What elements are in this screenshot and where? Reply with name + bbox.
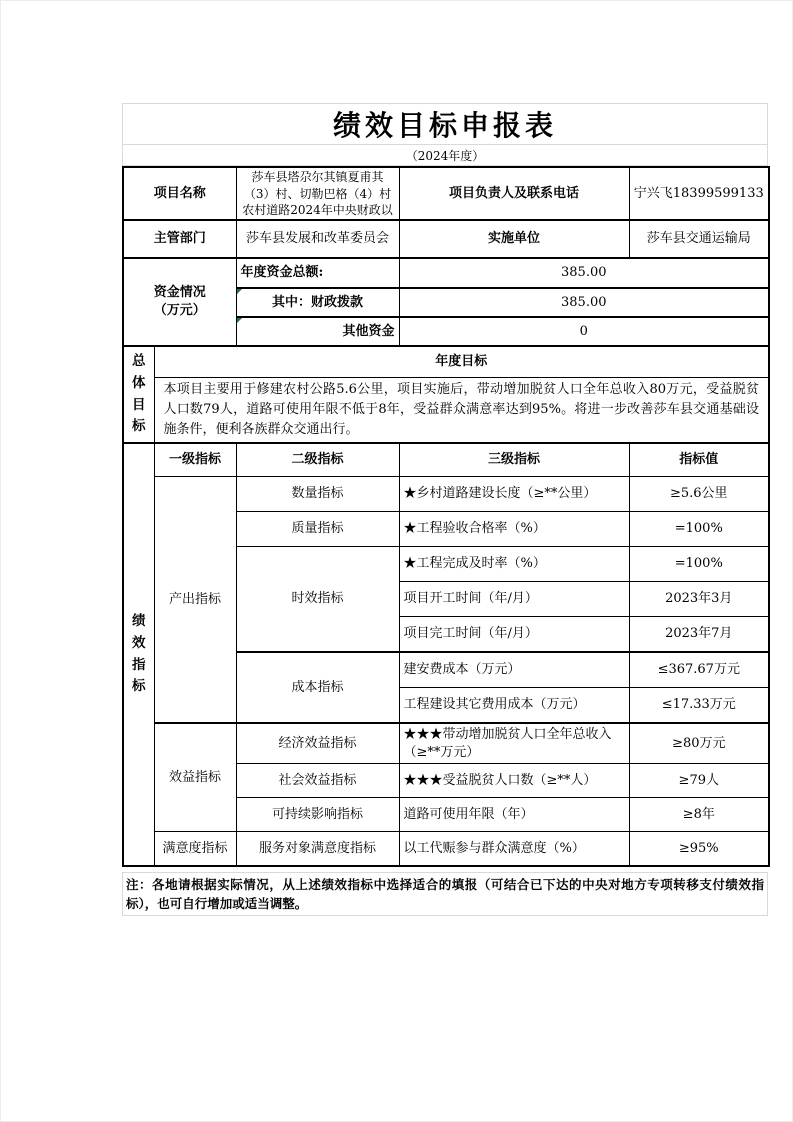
funds-other-value: 0 xyxy=(399,317,769,346)
form-table: 项目名称 莎车县塔尕尔其镇夏甫其（3）村、切勒巴格（4）村农村道路2024年中央… xyxy=(122,166,770,867)
value-cell: ≥5.6公里 xyxy=(629,477,769,512)
table-row-project: 项目名称 莎车县塔尕尔其镇夏甫其（3）村、切勒巴格（4）村农村道路2024年中央… xyxy=(123,167,769,220)
level3-cell: 以工代赈参与群众满意度（%） xyxy=(399,832,629,867)
level3-cell: 工程建设其它费用成本（万元） xyxy=(399,688,629,724)
header-level3: 三级指标 xyxy=(399,443,629,477)
level2-cell: 数量指标 xyxy=(236,477,399,512)
level3-cell: 道路可使用年限（年） xyxy=(399,798,629,832)
value-cell: ≤17.33万元 xyxy=(629,688,769,724)
title-band: 绩效目标申报表 xyxy=(122,103,768,144)
funds-label-line1: 资金情况 xyxy=(128,284,232,302)
project-name-label: 项目名称 xyxy=(123,167,236,220)
value-cell: ≥80万元 xyxy=(629,723,769,764)
level3-cell: 项目开工时间（年/月） xyxy=(399,582,629,617)
value-cell: ≥8年 xyxy=(629,798,769,832)
annual-goal-body: 本项目主要用于修建农村公路5.6公里，项目实施后，带动增加脱贫人口全年总收入80… xyxy=(159,378,765,442)
page-title: 绩效目标申报表 xyxy=(333,104,557,144)
annual-goal-header: 年度目标 xyxy=(154,346,769,378)
project-name-cell: 莎车县塔尕尔其镇夏甫其（3）村、切勒巴格（4）村农村道路2024年中央财政以工代… xyxy=(236,167,399,220)
value-cell: 2023年7月 xyxy=(629,617,769,653)
level3-cell: ★★★带动增加脱贫人口全年总收入（≥**万元） xyxy=(399,723,629,764)
level3-cell: 建安费成本（万元） xyxy=(399,652,629,688)
header-value: 指标值 xyxy=(629,443,769,477)
indicators-side-label: 绩效指标 xyxy=(123,443,154,866)
level2-cell: 质量指标 xyxy=(236,512,399,547)
level1-cell-output: 产出指标 xyxy=(154,477,236,724)
level1-cell-satisfaction: 满意度指标 xyxy=(154,832,236,867)
level3-cell: 项目完工时间（年/月） xyxy=(399,617,629,653)
funds-fiscal-label: 其中：财政拨款 xyxy=(236,288,399,317)
indicator-row: 产出指标 数量指标 ★乡村道路建设长度（≥**公里） ≥5.6公里 xyxy=(123,477,769,512)
manager-value: 宁兴飞18399599133 xyxy=(629,167,769,220)
table-row-indicator-header: 绩效指标 一级指标 二级指标 三级指标 指标值 xyxy=(123,443,769,477)
indicator-row: 效益指标 经济效益指标 ★★★带动增加脱贫人口全年总收入（≥**万元） ≥80万… xyxy=(123,723,769,764)
subtitle-band: （2024年度） xyxy=(122,144,768,166)
level2-cell: 社会效益指标 xyxy=(236,764,399,798)
table-row-annual-goal-body: 本项目主要用于修建农村公路5.6公里，项目实施后，带动增加脱贫人口全年总收入80… xyxy=(123,378,769,444)
page-subtitle: （2024年度） xyxy=(406,147,485,164)
impl-label: 实施单位 xyxy=(399,220,629,258)
annual-goal-body-cell: 本项目主要用于修建农村公路5.6公里，项目实施后，带动增加脱贫人口全年总收入80… xyxy=(154,378,769,444)
value-cell: 2023年3月 xyxy=(629,582,769,617)
header-level2: 二级指标 xyxy=(236,443,399,477)
manager-label: 项目负责人及联系电话 xyxy=(399,167,629,220)
funds-fiscal-value: 385.00 xyxy=(399,288,769,317)
overall-goal-side-label: 总体目标 xyxy=(123,346,154,443)
dept-value: 莎车县发展和改革委员会 xyxy=(236,220,399,258)
funds-total-value: 385.00 xyxy=(399,258,769,288)
level1-cell-benefit: 效益指标 xyxy=(154,723,236,832)
funds-label: 资金情况 （万元） xyxy=(123,258,236,346)
footnote: 注：各地请根据实际情况，从上述绩效指标中选择适合的填报（可结合已下达的中央对地方… xyxy=(122,872,768,916)
table-row-funds-total: 资金情况 （万元） 年度资金总额: 385.00 xyxy=(123,258,769,288)
level3-cell: ★工程验收合格率（%） xyxy=(399,512,629,547)
funds-total-label: 年度资金总额: xyxy=(236,258,399,288)
impl-value: 莎车县交通运输局 xyxy=(629,220,769,258)
value-cell: =100% xyxy=(629,547,769,582)
level2-cell: 经济效益指标 xyxy=(236,723,399,764)
level3-cell: ★★★受益脱贫人口数（≥**人） xyxy=(399,764,629,798)
level2-cell-cost: 成本指标 xyxy=(236,652,399,723)
value-cell: ≥79人 xyxy=(629,764,769,798)
header-level1: 一级指标 xyxy=(154,443,236,477)
dept-label: 主管部门 xyxy=(123,220,236,258)
indicator-row: 满意度指标 服务对象满意度指标 以工代赈参与群众满意度（%） ≥95% xyxy=(123,832,769,867)
funds-label-line2: （万元） xyxy=(128,302,232,320)
funds-other-label: 其他资金 xyxy=(236,317,399,346)
table-row-department: 主管部门 莎车县发展和改革委员会 实施单位 莎车县交通运输局 xyxy=(123,220,769,258)
document-sheet: 绩效目标申报表 （2024年度） 项目名称 莎车县塔尕尔其镇夏甫其（3）村、切勒… xyxy=(122,103,768,916)
level3-cell: ★工程完成及时率（%） xyxy=(399,547,629,582)
level2-cell: 服务对象满意度指标 xyxy=(236,832,399,867)
value-cell: ≥95% xyxy=(629,832,769,867)
level2-cell: 可持续影响指标 xyxy=(236,798,399,832)
table-row-annual-goal-header: 总体目标 年度目标 xyxy=(123,346,769,378)
value-cell: =100% xyxy=(629,512,769,547)
value-cell: ≤367.67万元 xyxy=(629,652,769,688)
level2-cell-timeliness: 时效指标 xyxy=(236,547,399,653)
project-name-value: 莎车县塔尕尔其镇夏甫其（3）村、切勒巴格（4）村农村道路2024年中央财政以工代… xyxy=(241,169,395,218)
level3-cell: ★乡村道路建设长度（≥**公里） xyxy=(399,477,629,512)
